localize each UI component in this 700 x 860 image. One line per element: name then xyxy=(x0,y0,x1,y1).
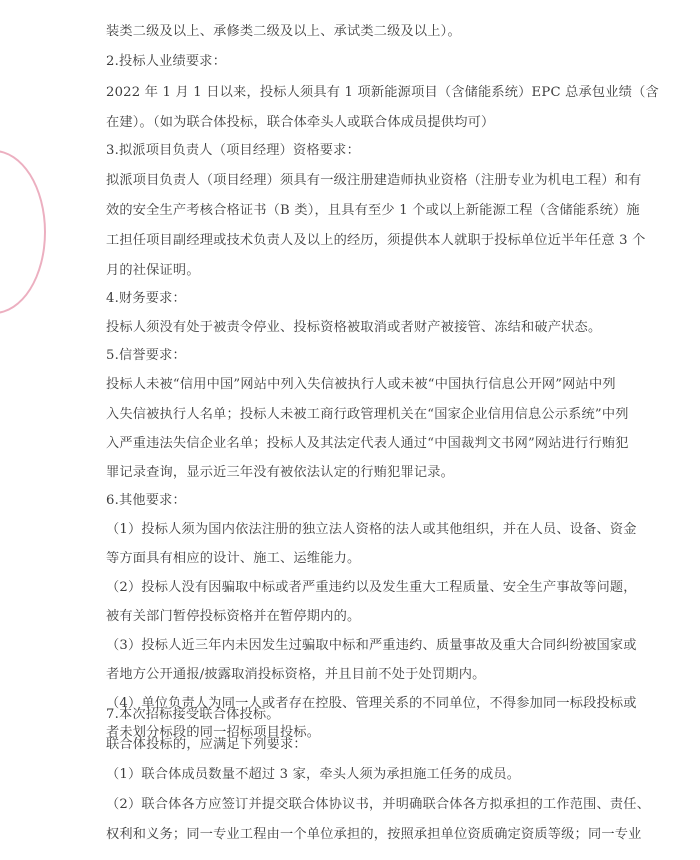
text-line: 投标人须没有处于被责令停业、投标资格被取消或者财产被接管、冻结和破产状态。 xyxy=(106,316,601,335)
document-page: 装类二级及以上、承修类二级及以上、承试类二级及以上）。 2.投标人业绩要求： 2… xyxy=(0,0,700,860)
text-line: 权利和义务；同一专业工程由一个单位承担的，按照承担单位资质确定资质等级；同一专业 xyxy=(106,823,642,842)
section-heading-2: 2.投标人业绩要求： xyxy=(106,50,226,69)
text-line: 拟派项目负责人（项目经理）须具有一级注册建造师执业资格（注册专业为机电工程）和有 xyxy=(106,169,642,188)
red-seal-stamp xyxy=(0,150,46,314)
text-line: 2022 年 1 月 1 日以来，投标人须具有 1 项新能源项目（含储能系统）E… xyxy=(106,81,659,100)
text-line: （2）联合体各方应签订并提交联合体协议书，并明确联合体各方拟承担的工作范围、责任… xyxy=(106,793,650,812)
section-heading-5: 5.信誉要求： xyxy=(106,344,186,363)
text-line: 等方面具有相应的设计、施工、运维能力。 xyxy=(106,547,360,566)
text-line: 入严重违法失信企业名单；投标人及其法定代表人通过“中国裁判文书网”网站进行行贿犯 xyxy=(106,432,629,451)
text-line: 月的社保证明。 xyxy=(106,259,200,278)
text-line: 者地方公开通报/披露取消投标资格，并且目前不处于处罚期内。 xyxy=(106,663,486,682)
text-line: 投标人未被“信用中国”网站中列入失信被执行人或未被“中国执行信息公开网”网站中列 xyxy=(106,373,616,392)
text-line: 在建）。（如为联合体投标，联合体牵头人或联合体成员提供均可） xyxy=(106,111,494,130)
section-heading-7: 7.本次招标接受联合体投标。 xyxy=(106,703,280,722)
text-line: 罪记录查询，显示近三年没有被依法认定的行贿犯罪记录。 xyxy=(106,461,454,480)
text-line: （1）投标人须为国内依法注册的独立法人资格的法人或其他组织，并在人员、设备、资金 xyxy=(106,518,637,537)
text-line: 被有关部门暂停投标资格并在暂停期内的。 xyxy=(106,605,360,624)
text-line: 联合体投标的，应满足下列要求： xyxy=(106,733,307,752)
text-line: 装类二级及以上、承修类二级及以上、承试类二级及以上）。 xyxy=(106,20,461,39)
text-line: 入失信被执行人名单；投标人未被工商行政管理机关在“国家企业信用信息公示系统”中列 xyxy=(106,403,629,422)
section-heading-3: 3.拟派项目负责人（项目经理）资格要求： xyxy=(106,139,360,158)
text-line: （2）投标人没有因骗取中标或者严重违约以及发生重大工程质量、安全生产事故等问题， xyxy=(106,576,637,595)
text-line: 效的安全生产考核合格证书（B 类），且具有至少 1 个或以上新能源工程（含储能系… xyxy=(106,199,640,218)
text-line: 工担任项目副经理或技术负责人及以上的经历，须提供本人就职于投标单位近半年任意 3… xyxy=(106,229,645,248)
section-heading-4: 4.财务要求： xyxy=(106,287,186,306)
section-heading-6: 6.其他要求： xyxy=(106,489,186,508)
text-line: （3）投标人近三年内未因发生过骗取中标和严重违约、质量事故及重大合同纠纷被国家或 xyxy=(106,634,637,653)
text-line: （1）联合体成员数量不超过 3 家，牵头人须为承担施工任务的成员。 xyxy=(106,763,520,782)
